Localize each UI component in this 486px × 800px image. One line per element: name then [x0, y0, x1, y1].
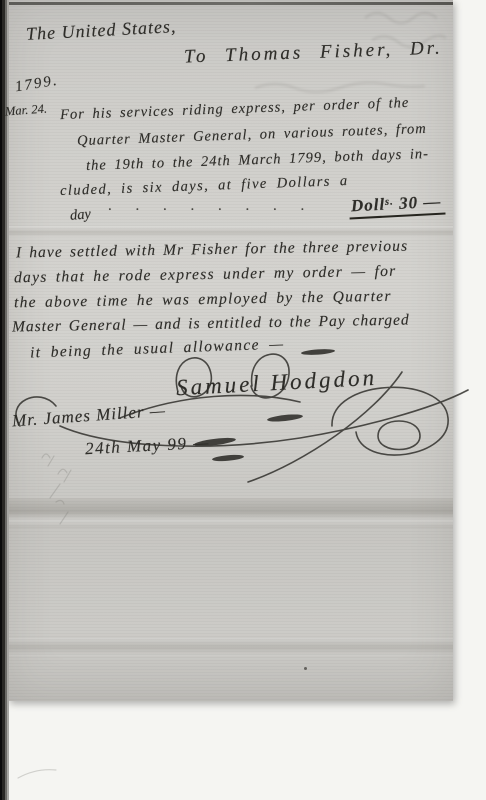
entry-date: Mar. 24. — [5, 102, 48, 120]
amount-superscript: s. — [385, 196, 394, 207]
entry-line-day: day — [69, 206, 91, 225]
pencil-marks — [0, 440, 160, 800]
dotted-leaders: . . . . . . . . — [108, 198, 306, 215]
scanned-document: The United States, To Thomas Fisher, Dr.… — [0, 0, 486, 800]
amount-number: 30 — — [399, 192, 442, 213]
amount-currency: Doll — [350, 195, 385, 216]
ink-speck — [304, 667, 307, 670]
